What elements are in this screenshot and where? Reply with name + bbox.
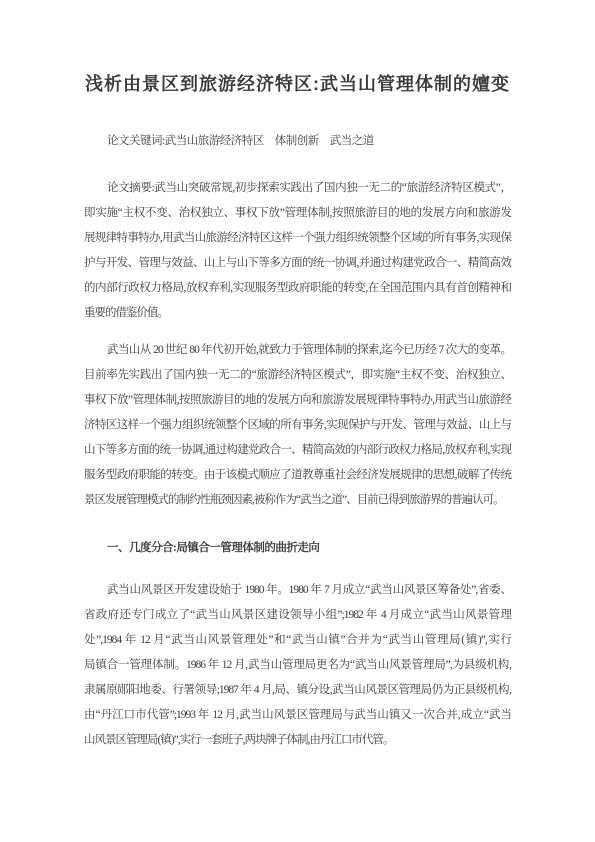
text-line: 重要的借鉴价值。 — [84, 301, 511, 326]
keywords-line: 论文关键词:武当山旅游经济特区 体制创新 武当之道 — [84, 129, 511, 154]
text-line: 事权下放”管理体制,按照旅游目的地的发展方向和旅游发展规律特事特办,用武当山旅游… — [84, 388, 511, 413]
text-line: 济特区这样一个强力组织统领整个区域的所有事务,实现保护与开发、管理与效益、山上与 — [84, 413, 511, 438]
body-paragraph-1: 武当山从 20 世纪 80 年代初开始,就致力于管理体制的探索,迄今已历经 7 … — [84, 338, 511, 513]
text-line: 护与开发、管理与效益、山上与山下等多方面的统一协调,并通过构建党政合一、精简高效 — [84, 251, 511, 276]
text-line: 省政府还专门成立了“武当山风景区建设领导小组”;1982 年 4 月成立“武当山… — [84, 603, 511, 628]
text-line: 武当山从 20 世纪 80 年代初开始,就致力于管理体制的探索,迄今已历经 7 … — [84, 338, 511, 363]
text-line: 山风景区管理局(镇)”,实行一套班子,两块牌子体制,由丹江口市代管。 — [84, 728, 511, 753]
body-paragraph-2: 武当山风景区开发建设始于 1980 年。1980 年 7 月成立“武当山风景区筹… — [84, 578, 511, 753]
text-line: 服务型政府职能的转变。由于该模式顺应了道教尊重社会经济发展规律的思想,破解了传统 — [84, 463, 511, 488]
text-line: 山下等多方面的统一协调,通过构建党政合一、精简高效的内部行政权力格局,放权弃利,… — [84, 438, 511, 463]
page-title: 浅析由景区到旅游经济特区:武当山管理体制的嬗变 — [30, 70, 565, 96]
text-line: 隶属原郧阳地委、行署领导;1987 年 4 月,局、镇分设,武当山风景区管理局仍… — [84, 678, 511, 703]
text-line: 展规律特事特办,用武当山旅游经济特区这样一个强力组织统领整个区域的所有事务,实现… — [84, 226, 511, 251]
document-page: 浅析由景区到旅游经济特区:武当山管理体制的嬗变 论文关键词:武当山旅游经济特区 … — [0, 0, 595, 842]
text-line: 局镇合一管理体制。1986 年 12 月,武当山管理局更名为“武当山风景管理局”… — [84, 653, 511, 678]
text-line: 即实施“主权不变、治权独立、事权下放”管理体制,按照旅游目的地的发展方向和旅游发 — [84, 201, 511, 226]
text-line: 由“丹江口市代管”;1993 年 12 月,武当山风景区管理局与武当山镇又一次合… — [84, 703, 511, 728]
text-line: 目前率先实践出了国内独一无二的“旅游经济特区模式”，即实施“主权不变、治权独立、 — [84, 363, 511, 388]
text-line: 景区发展管理模式的制约性瓶颈因素,被称作为“武当之道”、目前已得到旅游界的普遍认… — [84, 488, 511, 513]
abstract-paragraph: 论文摘要:武当山突破常规,初步探索实践出了国内独一无二的“旅游经济特区模式”， … — [84, 176, 511, 326]
text-line: 的内部行政权力格局,放权弃利,实现服务型政府职能的转变,在全国范围内具有首创精神… — [84, 276, 511, 301]
text-line: 武当山风景区开发建设始于 1980 年。1980 年 7 月成立“武当山风景区筹… — [84, 578, 511, 603]
text-line: 论文摘要:武当山突破常规,初步探索实践出了国内独一无二的“旅游经济特区模式”， — [84, 176, 511, 201]
text-line: 处”,1984 年 12 月“武当山风景管理处”和“武当山镇”合并为“武当山管理… — [84, 628, 511, 653]
section-heading: 一、几度分合:局镇合一管理体制的曲折走向 — [84, 536, 511, 561]
